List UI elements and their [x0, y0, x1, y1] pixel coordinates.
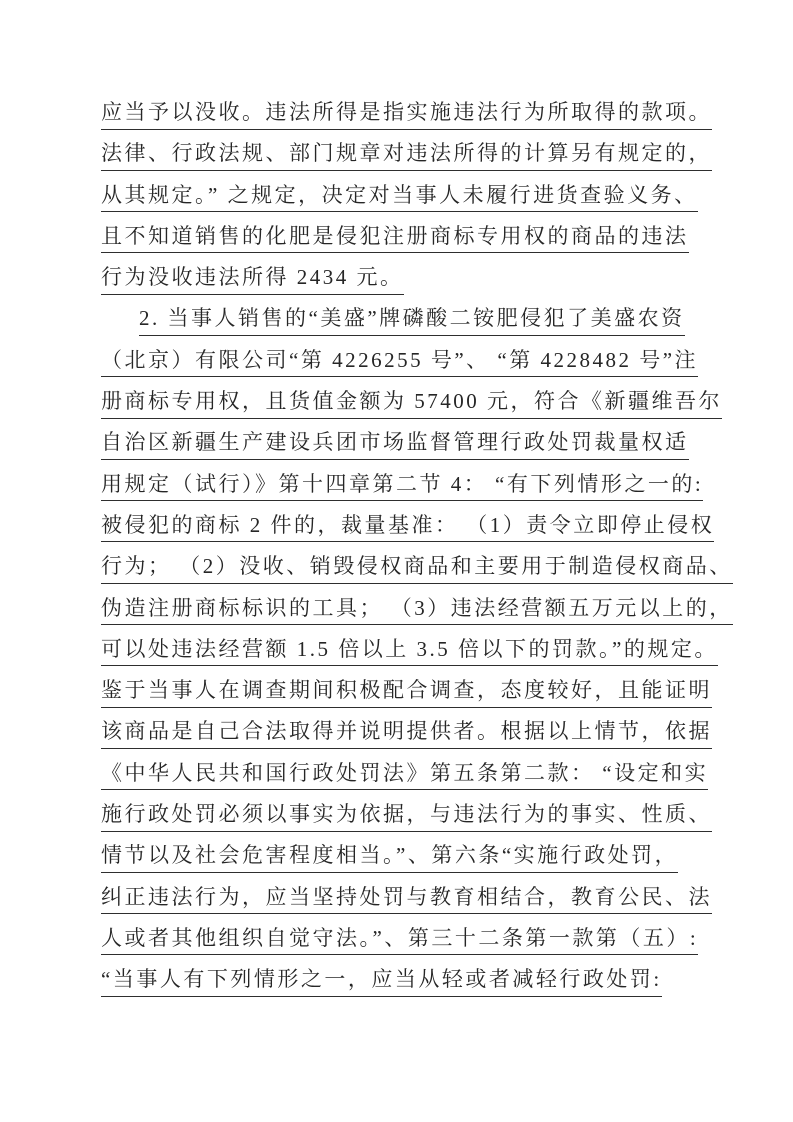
text-line: “当事人有下列情形之一，应当从轻或者减轻行政处罚: — [101, 959, 707, 1000]
text-line-content: 情节以及社会危害程度相当。”、第六条“实施行政处罚， — [101, 843, 678, 873]
text-line: 且不知道销售的化肥是侵犯注册商标专用权的商品的违法 — [101, 216, 707, 257]
text-line-content: 《中华人民共和国行政处罚法》第五条第二款： “设定和实 — [101, 761, 708, 791]
text-line-content: 被侵犯的商标 2 件的，裁量基准： （1）责令立即停止侵权 — [101, 513, 714, 543]
text-line-content: （北京）有限公司“第 4226255 号”、 “第 4228482 号”注 — [101, 348, 698, 378]
text-line: 鉴于当事人在调查期间积极配合调查，态度较好，且能证明 — [101, 670, 707, 711]
text-line-content: 行为没收违法所得 2434 元。 — [101, 265, 404, 295]
text-line: 应当予以没收。违法所得是指实施违法行为所取得的款项。 — [101, 92, 707, 133]
text-line-content: 应当予以没收。违法所得是指实施违法行为所取得的款项。 — [101, 100, 712, 130]
text-line-content: 可以处违法经营额 1.5 倍以上 3.5 倍以下的罚款。”的规定。 — [101, 637, 718, 667]
text-line-content: 册商标专用权，且货值金额为 57400 元，符合《新疆维吾尔 — [101, 389, 722, 419]
text-line: 自治区新疆生产建设兵团市场监督管理行政处罚裁量权适 — [101, 422, 707, 463]
text-line-content: 自治区新疆生产建设兵团市场监督管理行政处罚裁量权适 — [101, 430, 689, 460]
text-line: 被侵犯的商标 2 件的，裁量基准： （1）责令立即停止侵权 — [101, 505, 707, 546]
text-line: （北京）有限公司“第 4226255 号”、 “第 4228482 号”注 — [101, 340, 707, 381]
text-line-content: 纠正违法行为，应当坚持处罚与教育相结合，教育公民、法 — [101, 885, 712, 915]
text-line: 册商标专用权，且货值金额为 57400 元，符合《新疆维吾尔 — [101, 381, 707, 422]
text-line-content: 且不知道销售的化肥是侵犯注册商标专用权的商品的违法 — [101, 224, 689, 254]
text-line-content: 法律、行政法规、部门规章对违法所得的计算另有规定的， — [101, 141, 712, 171]
text-line-content: 伪造注册商标标识的工具； （3）违法经营额五万元以上的， — [101, 596, 733, 626]
document-body-text: 应当予以没收。违法所得是指实施违法行为所取得的款项。 法律、行政法规、部门规章对… — [101, 92, 707, 1001]
text-line-content: 2. 当事人销售的“美盛”牌磷酸二铵肥侵犯了美盛农资 — [139, 306, 685, 336]
text-line-paragraph-start: 2. 当事人销售的“美盛”牌磷酸二铵肥侵犯了美盛农资 — [101, 298, 707, 339]
text-line: 从其规定。” 之规定，决定对当事人未履行进货查验义务、 — [101, 175, 707, 216]
text-line: 纠正违法行为，应当坚持处罚与教育相结合，教育公民、法 — [101, 877, 707, 918]
text-line-content: 从其规定。” 之规定，决定对当事人未履行进货查验义务、 — [101, 183, 698, 213]
text-line: 法律、行政法规、部门规章对违法所得的计算另有规定的， — [101, 133, 707, 174]
text-line: 施行政处罚必须以事实为依据，与违法行为的事实、性质、 — [101, 794, 707, 835]
text-line-content: 该商品是自己合法取得并说明提供者。根据以上情节，依据 — [101, 719, 712, 749]
text-line-content: 人或者其他组织自觉守法。”、第三十二条第一款第（五）: — [101, 926, 698, 956]
text-line: 行为没收违法所得 2434 元。 — [101, 257, 707, 298]
text-line: 用规定（试行）》第十四章第二节 4： “有下列情形之一的: — [101, 464, 707, 505]
text-line: 该商品是自己合法取得并说明提供者。根据以上情节，依据 — [101, 711, 707, 752]
document-page: 应当予以没收。违法所得是指实施违法行为所取得的款项。 法律、行政法规、部门规章对… — [0, 0, 793, 1122]
text-line: 《中华人民共和国行政处罚法》第五条第二款： “设定和实 — [101, 753, 707, 794]
text-line-content: “当事人有下列情形之一，应当从轻或者减轻行政处罚: — [101, 967, 662, 997]
text-line-content: 施行政处罚必须以事实为依据，与违法行为的事实、性质、 — [101, 802, 712, 832]
text-line: 情节以及社会危害程度相当。”、第六条“实施行政处罚， — [101, 835, 707, 876]
text-line: 可以处违法经营额 1.5 倍以上 3.5 倍以下的罚款。”的规定。 — [101, 629, 707, 670]
text-line: 人或者其他组织自觉守法。”、第三十二条第一款第（五）: — [101, 918, 707, 959]
text-line-content: 行为； （2）没收、销毁侵权商品和主要用于制造侵权商品、 — [101, 554, 733, 584]
text-line-content: 鉴于当事人在调查期间积极配合调查，态度较好，且能证明 — [101, 678, 712, 708]
text-line-content: 用规定（试行）》第十四章第二节 4： “有下列情形之一的: — [101, 472, 703, 502]
text-line: 行为； （2）没收、销毁侵权商品和主要用于制造侵权商品、 — [101, 546, 707, 587]
text-line: 伪造注册商标标识的工具； （3）违法经营额五万元以上的， — [101, 588, 707, 629]
